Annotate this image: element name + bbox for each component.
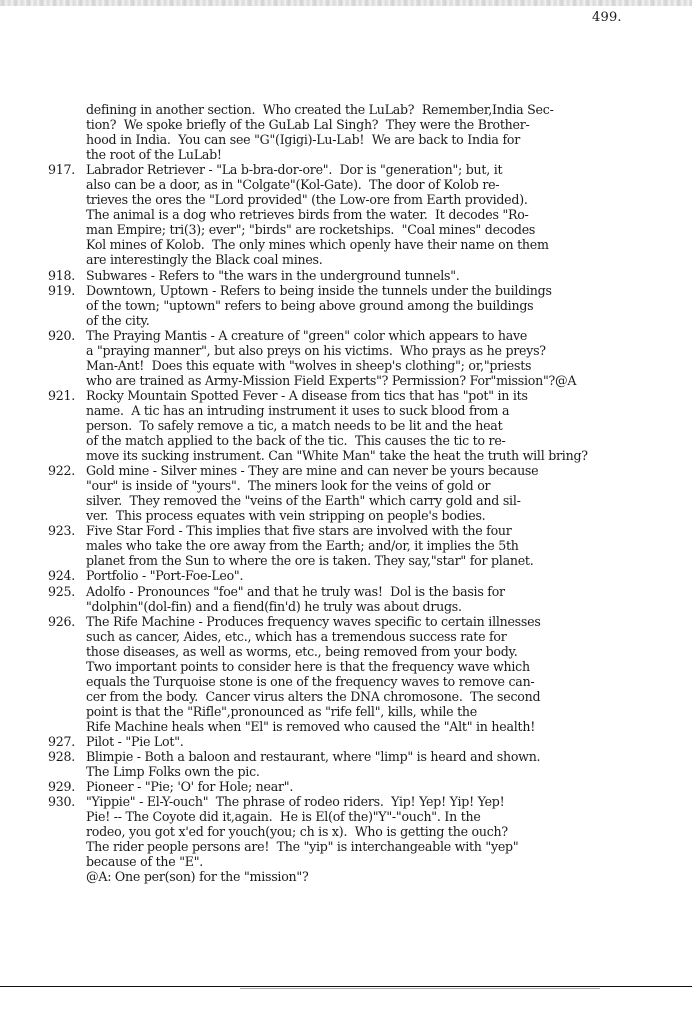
entry-line: 930."Yippie" - El-Y-ouch" The phrase of … <box>0 794 692 809</box>
line-text: hood in India. You can see "G"(Igigi)-Lu… <box>86 132 520 147</box>
entry-number: 919. <box>48 283 84 298</box>
line-text: The Praying Mantis - A creature of "gree… <box>86 328 527 343</box>
line-text: of the city. <box>86 313 149 328</box>
text-line: Kol mines of Kolob. The only mines which… <box>0 237 692 252</box>
line-text: The animal is a dog who retrieves birds … <box>86 207 529 222</box>
text-line: also can be a door, as in "Colgate"(Kol-… <box>0 177 692 192</box>
line-text: Portfolio - "Port-Foe-Leo". <box>86 568 243 583</box>
line-text: Subwares - Refers to "the wars in the un… <box>86 268 460 283</box>
line-text: Pie! -- The Coyote did it,again. He is E… <box>86 809 481 824</box>
entry-number: 927. <box>48 734 84 749</box>
entry-line: 926.The Rife Machine - Produces frequenc… <box>0 614 692 629</box>
text-line: name. A tic has an intruding instrument … <box>0 403 692 418</box>
entry-line: 921.Rocky Mountain Spotted Fever - A dis… <box>0 388 692 403</box>
entry-number: 923. <box>48 523 84 538</box>
text-line: Pie! -- The Coyote did it,again. He is E… <box>0 809 692 824</box>
line-text: rodeo, you got x'ed for youch(you; ch is… <box>86 824 508 839</box>
line-text: tion? We spoke briefly of the GuLab Lal … <box>86 117 529 132</box>
footer-rule <box>0 986 692 987</box>
text-line: The rider people persons are! The "yip" … <box>0 839 692 854</box>
text-line: are interestingly the Black coal mines. <box>0 252 692 267</box>
entry-number: 922. <box>48 463 84 478</box>
line-text: silver. They removed the "veins of the E… <box>86 493 521 508</box>
line-text: of the match applied to the back of the … <box>86 433 506 448</box>
entry-number: 926. <box>48 614 84 629</box>
line-text: equals the Turquoise stone is one of the… <box>86 674 534 689</box>
entry-line: 918.Subwares - Refers to "the wars in th… <box>0 268 692 283</box>
entry-line: 920.The Praying Mantis - A creature of "… <box>0 328 692 343</box>
footer-rule-shadow <box>240 988 600 989</box>
line-text: because of the "E". <box>86 854 203 869</box>
text-line: tion? We spoke briefly of the GuLab Lal … <box>0 117 692 132</box>
page-number: 499. <box>592 10 622 25</box>
line-text: man Empire; tri(3); ever"; "birds" are r… <box>86 222 535 237</box>
text-line: of the city. <box>0 313 692 328</box>
text-line: person. To safely remove a tic, a match … <box>0 418 692 433</box>
text-line: equals the Turquoise stone is one of the… <box>0 674 692 689</box>
text-line: rodeo, you got x'ed for youch(you; ch is… <box>0 824 692 839</box>
entry-number: 924. <box>48 568 84 583</box>
line-text: Pioneer - "Pie; 'O' for Hole; near". <box>86 779 293 794</box>
entry-line: 929.Pioneer - "Pie; 'O' for Hole; near". <box>0 779 692 794</box>
text-line: Two important points to consider here is… <box>0 659 692 674</box>
text-line: males who take the ore away from the Ear… <box>0 538 692 553</box>
line-text: cer from the body. Cancer virus alters t… <box>86 689 540 704</box>
text-line: The animal is a dog who retrieves birds … <box>0 207 692 222</box>
entry-line: 917.Labrador Retriever - "La b-bra-dor-o… <box>0 162 692 177</box>
text-line: planet from the Sun to where the ore is … <box>0 553 692 568</box>
entry-number: 929. <box>48 779 84 794</box>
line-text: "our" is inside of "yours". The miners l… <box>86 478 490 493</box>
entry-line: 925.Adolfo - Pronounces "foe" and that h… <box>0 584 692 599</box>
entry-number: 918. <box>48 268 84 283</box>
entry-line: 924.Portfolio - "Port-Foe-Leo". <box>0 568 692 583</box>
line-text: point is that the "Rifle",pronounced as … <box>86 704 477 719</box>
line-text: Blimpie - Both a baloon and restaurant, … <box>86 749 540 764</box>
line-text: Adolfo - Pronounces "foe" and that he tr… <box>86 584 505 599</box>
line-text: ver. This process equates with vein stri… <box>86 508 485 523</box>
line-text: defining in another section. Who created… <box>86 102 554 117</box>
text-line: defining in another section. Who created… <box>0 102 692 117</box>
line-text: The Rife Machine - Produces frequency wa… <box>86 614 541 629</box>
line-text: The Limp Folks own the pic. <box>86 764 260 779</box>
line-text: "dolphin"(dol-fin) and a fiend(fin'd) he… <box>86 599 462 614</box>
entry-line: 919.Downtown, Uptown - Refers to being i… <box>0 283 692 298</box>
document-body: defining in another section. Who created… <box>0 102 692 884</box>
line-text: Downtown, Uptown - Refers to being insid… <box>86 283 552 298</box>
text-line: because of the "E". <box>0 854 692 869</box>
line-text: name. A tic has an intruding instrument … <box>86 403 509 418</box>
entry-line: 923.Five Star Ford - This implies that f… <box>0 523 692 538</box>
entry-number: 925. <box>48 584 84 599</box>
line-text: who are trained as Army-Mission Field Ex… <box>86 373 576 388</box>
text-line: Man-Ant! Does this equate with "wolves i… <box>0 358 692 373</box>
text-line: those diseases, as well as worms, etc., … <box>0 644 692 659</box>
scan-artifact-strip <box>0 0 692 6</box>
text-line: @A: One per(son) for the "mission"? <box>0 869 692 884</box>
line-text: Two important points to consider here is… <box>86 659 530 674</box>
text-line: "our" is inside of "yours". The miners l… <box>0 478 692 493</box>
entry-number: 920. <box>48 328 84 343</box>
text-line: such as cancer, Aides, etc., which has a… <box>0 629 692 644</box>
line-text: Man-Ant! Does this equate with "wolves i… <box>86 358 531 373</box>
line-text: Pilot - "Pie Lot". <box>86 734 184 749</box>
line-text: Gold mine - Silver mines - They are mine… <box>86 463 538 478</box>
text-line: move its sucking instrument. Can "White … <box>0 448 692 463</box>
line-text: such as cancer, Aides, etc., which has a… <box>86 629 507 644</box>
line-text: a "praying manner", but also preys on hi… <box>86 343 546 358</box>
entry-number: 928. <box>48 749 84 764</box>
line-text: those diseases, as well as worms, etc., … <box>86 644 517 659</box>
text-line: of the town; "uptown" refers to being ab… <box>0 298 692 313</box>
entry-line: 928.Blimpie - Both a baloon and restaura… <box>0 749 692 764</box>
line-text: the root of the LuLab! <box>86 147 222 162</box>
line-text: move its sucking instrument. Can "White … <box>86 448 588 463</box>
entry-number: 917. <box>48 162 84 177</box>
entry-line: 927.Pilot - "Pie Lot". <box>0 734 692 749</box>
line-text: Rife Machine heals when "El" is removed … <box>86 719 535 734</box>
text-line: the root of the LuLab! <box>0 147 692 162</box>
text-line: ver. This process equates with vein stri… <box>0 508 692 523</box>
line-text: person. To safely remove a tic, a match … <box>86 418 502 433</box>
text-line: point is that the "Rifle",pronounced as … <box>0 704 692 719</box>
text-line: hood in India. You can see "G"(Igigi)-Lu… <box>0 132 692 147</box>
line-text: trieves the ores the "Lord provided" (th… <box>86 192 528 207</box>
text-line: cer from the body. Cancer virus alters t… <box>0 689 692 704</box>
text-line: silver. They removed the "veins of the E… <box>0 493 692 508</box>
line-text: Labrador Retriever - "La b-bra-dor-ore".… <box>86 162 502 177</box>
line-text: of the town; "uptown" refers to being ab… <box>86 298 533 313</box>
line-text: are interestingly the Black coal mines. <box>86 252 323 267</box>
line-text: Five Star Ford - This implies that five … <box>86 523 512 538</box>
text-line: who are trained as Army-Mission Field Ex… <box>0 373 692 388</box>
text-line: trieves the ores the "Lord provided" (th… <box>0 192 692 207</box>
text-line: The Limp Folks own the pic. <box>0 764 692 779</box>
entry-number: 930. <box>48 794 84 809</box>
line-text: Rocky Mountain Spotted Fever - A disease… <box>86 388 528 403</box>
line-text: planet from the Sun to where the ore is … <box>86 553 533 568</box>
text-line: man Empire; tri(3); ever"; "birds" are r… <box>0 222 692 237</box>
text-line: "dolphin"(dol-fin) and a fiend(fin'd) he… <box>0 599 692 614</box>
line-text: Kol mines of Kolob. The only mines which… <box>86 237 549 252</box>
text-line: of the match applied to the back of the … <box>0 433 692 448</box>
line-text: The rider people persons are! The "yip" … <box>86 839 518 854</box>
text-line: Rife Machine heals when "El" is removed … <box>0 719 692 734</box>
line-text: males who take the ore away from the Ear… <box>86 538 519 553</box>
line-text: "Yippie" - El-Y-ouch" The phrase of rode… <box>86 794 504 809</box>
entry-line: 922.Gold mine - Silver mines - They are … <box>0 463 692 478</box>
entry-number: 921. <box>48 388 84 403</box>
line-text: @A: One per(son) for the "mission"? <box>86 869 308 884</box>
line-text: also can be a door, as in "Colgate"(Kol-… <box>86 177 499 192</box>
text-line: a "praying manner", but also preys on hi… <box>0 343 692 358</box>
